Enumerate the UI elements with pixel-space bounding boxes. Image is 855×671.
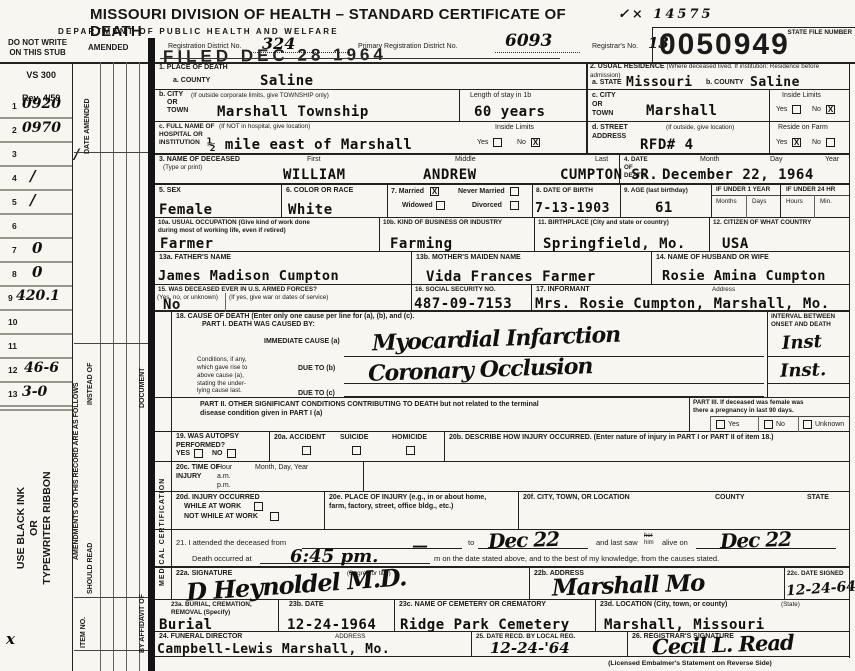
by-affidavit-label: BY AFFIDAVIT OF	[139, 545, 148, 653]
burial-date-cell: 23b. DATE 12-24-1964	[279, 600, 395, 632]
residence-state-value: Missouri	[626, 76, 693, 89]
ssn-cell: 16. SOCIAL SECURITY NO. 487-09-7153	[412, 285, 532, 312]
row-burial: 23a. BURIAL, CREMATION, REMOVAL (Specify…	[155, 600, 849, 632]
row-city: b. CITY (If outside corporate limits, gi…	[155, 90, 849, 122]
birthplace-value: Springfield, Mo.	[543, 237, 686, 251]
date-of-birth-cell: 8. DATE OF BIRTH 7-13-1903	[533, 185, 621, 218]
injury-location-cell: 20f. CITY, TOWN, OR LOCATION COUNTY STAT…	[519, 492, 849, 530]
homicide-checkbox	[406, 446, 415, 455]
marital-status-cell: 7. Married X Never Married Widowed Divor…	[388, 185, 533, 218]
date-of-death-label: 4. DATE OF DEATH	[624, 156, 648, 180]
amendments-title-label: AMENDMENTS ON THIS RECORD ARE AS FOLLOWS	[73, 165, 82, 560]
row-part2-part3: PART II. OTHER SIGNIFICANT CONDITIONS CO…	[155, 398, 849, 432]
length-of-stay-value: 60 years	[474, 105, 545, 119]
reside-on-farm-no-checkbox	[826, 138, 835, 147]
interval-a-value: Inst	[782, 333, 823, 353]
father-name-value: James Madison Cumpton	[158, 270, 339, 284]
describe-injury-cell: 20b. DESCRIBE HOW INJURY OCCURRED. (Ente…	[445, 432, 849, 462]
death-inside-limits-yes-checkbox	[493, 138, 502, 147]
street-address-label: d. STREET ADDRESS	[592, 124, 628, 142]
burial-value: Burial	[159, 618, 213, 632]
row-demographics: 5. SEX Female 6. COLOR OR RACE White 7. …	[155, 185, 849, 218]
state-file-box: STATE FILE NUMBER 0050949	[652, 27, 855, 63]
part3-cell: PART III. If deceased was female was the…	[690, 398, 849, 432]
armed-forces-value: No	[163, 298, 181, 312]
interval-header: INTERVAL BETWEEN ONSET AND DEATH	[771, 313, 835, 329]
embalmer-note: (Licensed Embalmer's Statement on Revers…	[575, 660, 805, 667]
row-time-of-injury: 20c. TIME OF INJURY Hour a.m. p.m. Month…	[155, 462, 849, 492]
residence-inside-limits-cell: Inside Limits Yes No X	[770, 90, 849, 122]
row-autopsy: 19. WAS AUTOPSY PERFORMED? YES NO 20a. A…	[155, 432, 849, 462]
residence-inside-limits-yes-checkbox	[792, 105, 801, 114]
filed-stamp-line	[160, 58, 560, 59]
citizen-value: USA	[722, 237, 749, 251]
age-value: 61	[655, 201, 673, 215]
death-inside-limits-cell: Inside Limits Yes No X	[455, 122, 588, 155]
death-certificate-scan: MISSOURI DIVISION OF HEALTH – STANDARD C…	[0, 0, 855, 671]
residence-state-label: a. STATE	[592, 79, 622, 88]
funeral-director-cell: 24. FUNERAL DIRECTOR ADDRESS Campbell-Le…	[155, 632, 472, 657]
residence-inside-limits-no-checkbox: X	[826, 105, 835, 114]
burial-location-cell: 23d. LOCATION (City, town, or county) (S…	[596, 600, 849, 632]
date-of-death-cell: 4. DATE OF DEATH Month Day Year December…	[620, 155, 849, 185]
injury-at-work-cell: 20d. INJURY OCCURRED WHILE AT WORK NOT W…	[172, 492, 325, 530]
place-of-injury-cell: 20e. PLACE OF INJURY (e.g., in or about …	[325, 492, 519, 530]
amended-label: AMENDED	[88, 43, 128, 53]
burial-location-value: Marshall, Missouri	[604, 618, 765, 632]
occupation-value: Farmer	[160, 237, 214, 251]
row-institution: c. FULL NAME OF HOSPITAL OR INSTITUTION …	[155, 122, 849, 155]
date-signed-value: 12-24-64	[786, 580, 855, 599]
date-of-death-value: December 22, 1964	[662, 168, 814, 182]
ssn-value: 487-09-7153	[414, 297, 512, 311]
usual-residence-cell: 2. USUAL RESIDENCE (Where deceased lived…	[588, 62, 849, 90]
sex-value: Female	[159, 203, 213, 217]
document-label: DOCUMENT	[139, 328, 148, 408]
not-while-at-work-checkbox	[270, 512, 279, 521]
burial-date-value: 12-24-1964	[287, 618, 376, 632]
county-of-death-value: Saline	[260, 74, 314, 88]
middle-name-value: ANDREW	[423, 168, 477, 182]
cemetery-cell: 23c. NAME OF CEMETERY OR CREMATORY Ridge…	[395, 600, 596, 632]
use-black-ink-label: USE BLACK INK OR TYPEWRITER RIBBON	[15, 428, 57, 628]
physician-address-cell: 22b. ADDRESS Marshall Mo	[530, 568, 785, 600]
place-of-death-title: 1. PLACE OF DEATH	[159, 64, 228, 73]
instead-of-label: INSTEAD OF	[87, 330, 96, 405]
row-attended: 21. I attended the deceased from — to De…	[155, 530, 849, 568]
row-cause-of-death: 18. CAUSE OF DEATH (Enter only one cause…	[155, 312, 849, 398]
institution-cell: c. FULL NAME OF HOSPITAL OR INSTITUTION …	[155, 122, 455, 155]
him-option: him	[644, 540, 654, 548]
row-place-residence: 1. PLACE OF DEATH a. COUNTY Saline 2. US…	[155, 62, 849, 90]
department-subtitle: DEPARTMENT OF PUBLIC HEALTH AND WELFARE	[58, 27, 339, 36]
time-of-death-value: 6:45 pm.	[290, 548, 378, 566]
death-city-cell: b. CITY (If outside corporate limits, gi…	[155, 90, 460, 122]
divorced-checkbox	[510, 201, 519, 210]
widowed-checkbox	[436, 201, 445, 210]
conditions-note: Conditions, if any, which gave rise to a…	[197, 356, 247, 395]
place-of-death-cell: 1. PLACE OF DEATH a. COUNTY Saline	[155, 62, 588, 90]
residence-county-value: Saline	[750, 76, 800, 89]
certificate-form: 1. PLACE OF DEATH a. COUNTY Saline 2. US…	[155, 62, 850, 658]
part3-title: PART III. If deceased was female was the…	[693, 399, 803, 415]
cause-a-value: Myocardial Infarction	[372, 324, 621, 355]
burial-cell: 23a. BURIAL, CREMATION, REMOVAL (Specify…	[155, 600, 279, 632]
name-of-deceased-cell: 3. NAME OF DECEASED (Type or print) Firs…	[155, 155, 620, 185]
armed-forces-cell: 15. WAS DECEASED EVER IN U.S. ARMED FORC…	[155, 285, 412, 312]
funeral-director-value: Campbell-Lewis Marshall, Mo.	[157, 643, 390, 656]
mother-name-cell: 13b. MOTHER'S MAIDEN NAME Vida Frances F…	[412, 252, 652, 285]
street-address-cell: d. STREET ADDRESS (If outside, give loca…	[588, 122, 770, 155]
length-of-stay-cell: Length of stay in 1b 60 years	[460, 90, 588, 122]
row-ssn: 15. WAS DECEASED EVER IN U.S. ARMED FORC…	[155, 285, 849, 312]
age-under-cell: IF UNDER 1 YEAR IF UNDER 24 HR Months Da…	[712, 185, 849, 218]
part2-cell: PART II. OTHER SIGNIFICANT CONDITIONS CO…	[172, 398, 690, 432]
first-name-value: WILLIAM	[283, 168, 346, 182]
birthplace-cell: 11. BIRTHPLACE (City and state or countr…	[535, 218, 710, 252]
attended-from-value: —	[412, 538, 428, 554]
item-no-label: ITEM NO.	[80, 600, 89, 648]
state-file-number: 0050949	[659, 28, 790, 62]
row-name-date: 3. NAME OF DECEASED (Type or print) Firs…	[155, 155, 849, 185]
accident-checkbox	[302, 446, 311, 455]
occupation-cell: 10a. USUAL OCCUPATION (Give kind of work…	[155, 218, 380, 252]
street-address-note: (If outside, give location)	[666, 124, 734, 132]
citizen-cell: 12. CITIZEN OF WHAT COUNTRY USA	[710, 218, 849, 252]
length-of-stay-label: Length of stay in 1b	[470, 92, 531, 101]
death-city-note: (If outside corporate limits, give TOWNS…	[191, 92, 329, 100]
row-family: 13a. FATHER'S NAME James Madison Cumpton…	[155, 252, 849, 285]
residence-city-cell: c. CITY OR TOWN Marshall	[588, 90, 770, 122]
do-not-write-label: DO NOT WRITE ON THIS STUB	[8, 38, 67, 58]
autopsy-no-checkbox	[227, 449, 236, 458]
row-physician: 22a. SIGNATURE (Degree or title) D Heyno…	[155, 568, 849, 600]
institution-value: ½ mile east of Marshall	[207, 138, 412, 152]
reside-on-farm-cell: Reside on Farm Yes X No	[770, 122, 849, 155]
stub-stray-slash: /	[74, 148, 79, 162]
county-of-death-label: a. COUNTY	[173, 77, 210, 86]
date-of-birth-value: 7-13-1903	[535, 202, 610, 215]
death-city-value: Marshall Township	[217, 105, 369, 119]
never-married-checkbox	[510, 187, 519, 196]
sex-cell: 5. SEX Female	[155, 185, 282, 218]
mother-name-value: Vida Frances Farmer	[426, 270, 596, 284]
physician-signature-cell: 22a. SIGNATURE (Degree or title) D Heyno…	[172, 568, 530, 600]
stub-form-divider-bar	[148, 38, 155, 671]
handwritten-marks: ✓× 14575	[618, 8, 714, 21]
physician-address-value: Marshall Mo	[552, 571, 705, 599]
cause-of-death-cell: 18. CAUSE OF DEATH (Enter only one cause…	[172, 312, 768, 398]
part2-title: PART II. OTHER SIGNIFICANT CONDITIONS CO…	[200, 401, 670, 419]
autopsy-cell: 19. WAS AUTOPSY PERFORMED? YES NO	[172, 432, 270, 462]
business-cell: 10b. KIND OF BUSINESS OR INDUSTRY Farmin…	[380, 218, 535, 252]
state-file-label: STATE FILE NUMBER	[788, 29, 852, 37]
row-injury-place: 20d. INJURY OCCURRED WHILE AT WORK NOT W…	[155, 492, 849, 530]
street-address-value: RFD# 4	[640, 138, 694, 152]
married-checkbox: X	[430, 187, 439, 196]
race-value: White	[288, 203, 333, 217]
registrar-no-label: Registrar's No.	[592, 43, 638, 52]
date-received-cell: 25. DATE RECD. BY LOCAL REG. 12-24-'64	[472, 632, 628, 657]
father-name-cell: 13a. FATHER'S NAME James Madison Cumpton	[155, 252, 412, 285]
race-cell: 6. COLOR OR RACE White	[282, 185, 388, 218]
pregnancy-yes-checkbox	[716, 420, 725, 429]
pregnancy-unknown-checkbox	[803, 420, 812, 429]
attended-cell: 21. I attended the deceased from — to De…	[172, 530, 849, 568]
reside-on-farm-yes-checkbox: X	[792, 138, 801, 147]
business-value: Farming	[390, 237, 453, 251]
last-seen-value: Dec 22	[720, 529, 792, 551]
age-cell: 9. AGE (last birthday) 61	[621, 185, 712, 218]
residence-city-value: Marshall	[646, 104, 717, 118]
date-received-value: 12-24-'64	[490, 641, 570, 656]
interval-cell: INTERVAL BETWEEN ONSET AND DEATH Inst In…	[768, 312, 849, 398]
spouse-name-cell: 14. NAME OF HUSBAND OR WIFE Rosie Amina …	[652, 252, 849, 285]
while-at-work-checkbox	[254, 502, 263, 511]
primary-district-blank	[495, 40, 580, 53]
autopsy-yes-checkbox	[194, 449, 203, 458]
cause-b-value: Coronary Occlusion	[368, 355, 593, 385]
residence-city-label: c. CITY OR TOWN	[592, 92, 616, 118]
row-occupation: 10a. USUAL OCCUPATION (Give kind of work…	[155, 218, 849, 252]
death-inside-limits-no-checkbox: X	[531, 138, 540, 147]
suicide-checkbox	[352, 446, 361, 455]
cemetery-value: Ridge Park Cemetery	[400, 618, 570, 632]
registrar-signature-cell: 26. REGISTRAR'S SIGNATURE Cecil L. Read	[628, 632, 849, 657]
date-amended-label: DATE AMENDED	[84, 64, 93, 154]
institution-note: (If NOT in hospital, give location)	[219, 123, 310, 131]
date-signed-cell: 22c. DATE SIGNED 12-24-64	[785, 568, 849, 600]
pregnancy-no-checkbox	[764, 420, 773, 429]
informant-cell: 17. INFORMANT Address Mrs. Rosie Cumpton…	[532, 285, 849, 312]
interval-b-value: Inst.	[780, 361, 827, 381]
should-read-label: SHOULD READ	[87, 512, 96, 594]
manner-cell: 20a. ACCIDENT SUICIDE HOMICIDE	[270, 432, 445, 462]
handwritten-x-mark: x	[6, 632, 15, 647]
row-funeral-director: 24. FUNERAL DIRECTOR ADDRESS Campbell-Le…	[155, 632, 849, 657]
informant-value: Mrs. Rosie Cumpton, Marshall, Mo.	[535, 297, 830, 311]
spouse-name-value: Rosie Amina Cumpton	[662, 270, 826, 284]
attended-to-value: Dec 22	[488, 529, 560, 551]
residence-county-label: b. COUNTY	[706, 79, 744, 88]
registrar-signature: Cecil L. Read	[652, 632, 794, 658]
